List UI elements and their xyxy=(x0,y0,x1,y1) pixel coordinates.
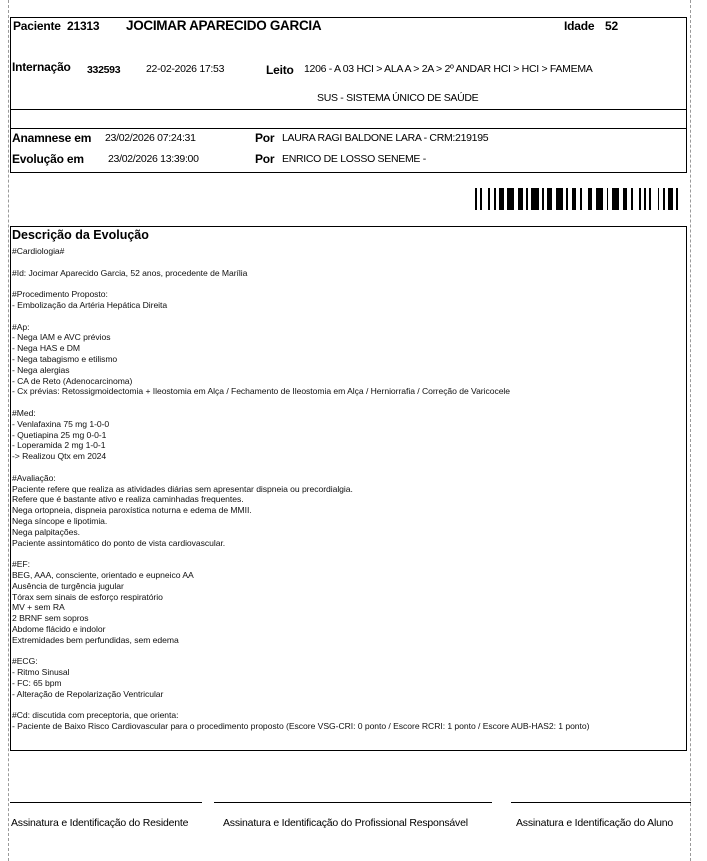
record-info: Anamnese em 23/02/2026 07:24:31 Por LAUR… xyxy=(10,128,687,173)
barcode-bar xyxy=(507,188,514,210)
description-line: #Ap: xyxy=(12,322,682,333)
description-line: - CA de Reto (Adenocarcinoma) xyxy=(12,376,682,387)
barcode-bar xyxy=(596,188,603,210)
resident-signature-line xyxy=(10,802,202,803)
description-line: - Nega HAS e DM xyxy=(12,343,682,354)
age-value: 52 xyxy=(605,19,618,33)
description-line: - Loperamida 2 mg 1-0-1 xyxy=(12,440,682,451)
evolution-description: Descrição da Evolução #Cardiologia# #Id:… xyxy=(10,226,687,751)
barcode-bar xyxy=(580,188,582,210)
description-line: - Paciente de Baixo Risco Cardiovascular… xyxy=(12,721,682,732)
description-line: Nega palpitações. xyxy=(12,527,682,538)
barcode-bar xyxy=(494,188,496,210)
barcode-bar xyxy=(588,188,593,210)
barcode-bar xyxy=(526,188,528,210)
professional-signature-line xyxy=(214,802,492,803)
barcode-bar xyxy=(566,188,568,210)
description-line: Nega síncope e lipotimia. xyxy=(12,516,682,527)
bed-label: Leito xyxy=(266,63,294,77)
description-line xyxy=(12,257,682,268)
barcode-bar xyxy=(658,188,660,210)
barcode-bar xyxy=(542,188,544,210)
description-line: BEG, AAA, consciente, orientado e eupnei… xyxy=(12,570,682,581)
barcode-bar xyxy=(639,188,641,210)
description-line xyxy=(12,278,682,289)
description-line: - Venlafaxina 75 mg 1-0-0 xyxy=(12,419,682,430)
page-edge-left xyxy=(8,0,9,861)
description-line: Nega ortopneia, dispneia paroxística not… xyxy=(12,505,682,516)
description-line: -> Realizou Qtx em 2024 xyxy=(12,451,682,462)
anamnesis-by: LAURA RAGI BALDONE LARA - CRM:219195 xyxy=(282,132,488,144)
description-line xyxy=(12,645,682,656)
description-line: - FC: 65 bpm xyxy=(12,678,682,689)
barcode-bar xyxy=(607,188,609,210)
description-line: - Cx prévias: Retossigmoidectomia + Ileo… xyxy=(12,386,682,397)
blank-row xyxy=(10,109,687,129)
barcode-bar xyxy=(547,188,552,210)
description-line: - Alteração de Repolarização Ventricular xyxy=(12,689,682,700)
description-line: Extremidades bem perfundidas, sem edema xyxy=(12,635,682,646)
evolution-by-label: Por xyxy=(255,152,274,166)
description-line: MV + sem RA xyxy=(12,602,682,613)
description-line: Paciente refere que realiza as atividade… xyxy=(12,484,682,495)
barcode-bar xyxy=(649,188,651,210)
barcode-bar xyxy=(488,188,490,210)
description-line: - Nega tabagismo e etilismo xyxy=(12,354,682,365)
description-line: - Quetiapina 25 mg 0-0-1 xyxy=(12,430,682,441)
description-line: #EF: xyxy=(12,559,682,570)
barcode-bar xyxy=(572,188,577,210)
admission-id: 332593 xyxy=(87,64,120,76)
patient-id: 21313 xyxy=(67,19,99,33)
description-line xyxy=(12,699,682,710)
description-line: Tórax sem sinais de esforço respiratório xyxy=(12,592,682,603)
admission-label: Internação xyxy=(12,60,71,74)
anamnesis-label: Anamnese em xyxy=(12,131,91,145)
description-line xyxy=(12,397,682,408)
description-line: - Nega alergias xyxy=(12,365,682,376)
barcode-bar xyxy=(499,188,504,210)
resident-signature-label: Assinatura e Identificação do Residente xyxy=(11,817,188,829)
description-line: Ausência de turgência jugular xyxy=(12,581,682,592)
anamnesis-by-label: Por xyxy=(255,131,274,145)
barcode-bar xyxy=(556,188,563,210)
description-title: Descrição da Evolução xyxy=(12,228,149,242)
evolution-datetime: 23/02/2026 13:39:00 xyxy=(108,153,199,165)
description-line xyxy=(12,462,682,473)
barcode xyxy=(475,188,679,210)
barcode-bar xyxy=(531,188,538,210)
description-line: #ECG: xyxy=(12,656,682,667)
description-line: Refere que é bastante ativo e realiza ca… xyxy=(12,494,682,505)
barcode-bar xyxy=(644,188,646,210)
barcode-bar xyxy=(663,188,665,210)
description-line: - Embolização da Artéria Hepática Direit… xyxy=(12,300,682,311)
barcode-bar xyxy=(668,188,673,210)
description-line xyxy=(12,311,682,322)
age-label: Idade xyxy=(564,19,594,33)
description-line: Paciente assintomático do ponto de vista… xyxy=(12,538,682,549)
bed-value: 1206 - A 03 HCI > ALA A > 2A > 2º ANDAR … xyxy=(304,63,592,75)
barcode-bar xyxy=(475,188,477,210)
student-signature-label: Assinatura e Identificação do Aluno xyxy=(516,817,673,829)
patient-name: JOCIMAR APARECIDO GARCIA xyxy=(126,18,321,33)
description-line xyxy=(12,548,682,559)
page-edge-right xyxy=(690,0,691,861)
description-line: - Ritmo Sinusal xyxy=(12,667,682,678)
description-line: - Nega IAM e AVC prévios xyxy=(12,332,682,343)
patient-label: Paciente xyxy=(13,19,61,33)
barcode-bar xyxy=(631,188,633,210)
barcode-bar xyxy=(480,188,482,210)
barcode-bar xyxy=(676,188,678,210)
patient-header: Paciente 21313 JOCIMAR APARECIDO GARCIA … xyxy=(10,17,687,110)
barcode-bar xyxy=(623,188,628,210)
student-signature-line xyxy=(511,802,691,803)
barcode-bar xyxy=(612,188,619,210)
description-line: 2 BRNF sem sopros xyxy=(12,613,682,624)
description-line: Abdome flácido e indolor xyxy=(12,624,682,635)
insurance: SUS - SISTEMA ÚNICO DE SAÚDE xyxy=(317,92,478,104)
admission-datetime: 22-02-2026 17:53 xyxy=(146,63,224,75)
description-line: #Med: xyxy=(12,408,682,419)
description-line: #Cd: discutida com preceptoria, que orie… xyxy=(12,710,682,721)
description-line: #Cardiologia# xyxy=(12,246,682,257)
evolution-label: Evolução em xyxy=(12,152,84,166)
professional-signature-label: Assinatura e Identificação do Profission… xyxy=(223,817,468,829)
description-line: #Procedimento Proposto: xyxy=(12,289,682,300)
barcode-bar xyxy=(518,188,523,210)
description-line: #Avaliação: xyxy=(12,473,682,484)
anamnesis-datetime: 23/02/2026 07:24:31 xyxy=(105,132,196,144)
description-line: #Id: Jocimar Aparecido Garcia, 52 anos, … xyxy=(12,268,682,279)
evolution-by: ENRICO DE LOSSO SENEME - xyxy=(282,153,426,165)
description-body: #Cardiologia# #Id: Jocimar Aparecido Gar… xyxy=(12,246,682,732)
